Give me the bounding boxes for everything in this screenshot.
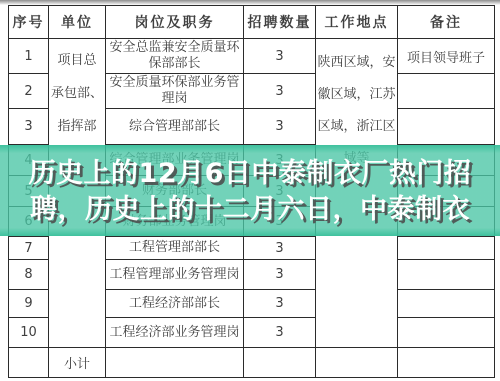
cell-no: 7	[9, 237, 49, 260]
cell-note	[398, 318, 495, 348]
cell-no: 10	[9, 318, 49, 348]
cell-position: 工程管理部业务管理岗	[106, 260, 244, 290]
cell-no: 8	[9, 260, 49, 290]
col-header-position: 岗位及职务	[106, 6, 244, 39]
subtotal-row: 小计	[9, 348, 495, 378]
header-row: 序号 单位 岗位及职务 招聘数量 工作地点 备注	[9, 6, 495, 39]
cell-count: 3	[244, 109, 316, 145]
caption-overlay-banner: 历史上的12月6日中泰制衣厂热门招 聘，历史上的十二月六日，中泰制衣	[0, 145, 500, 236]
col-header-count: 招聘数量	[244, 6, 316, 39]
cell-no	[9, 348, 49, 378]
cell-subtotal-label: 小计	[49, 348, 106, 378]
cell-location	[316, 348, 398, 378]
col-header-location: 工作地点	[316, 6, 398, 39]
col-header-note: 备注	[398, 6, 495, 39]
cell-count: 3	[244, 318, 316, 348]
cell-note	[398, 237, 495, 260]
cell-count: 3	[244, 290, 316, 318]
cell-position: 安全总监兼安全质量环保部部长	[106, 39, 244, 74]
cell-note	[398, 74, 495, 109]
cell-note: 项目领导班子	[398, 39, 495, 74]
caption-line-1: 历史上的12月6日中泰制衣厂热门招	[0, 156, 500, 192]
col-header-no: 序号	[9, 6, 49, 39]
cell-no: 3	[9, 109, 49, 145]
cell-position: 工程经济部业务管理岗	[106, 318, 244, 348]
cell-note	[398, 290, 495, 318]
col-header-unit: 单位	[49, 6, 106, 39]
cell-count: 3	[244, 39, 316, 74]
cell-count: 3	[244, 74, 316, 109]
cell-position: 工程经济部部长	[106, 290, 244, 318]
cell-no: 9	[9, 290, 49, 318]
cell-note	[398, 260, 495, 290]
cell-note	[398, 348, 495, 378]
cell-note	[398, 109, 495, 145]
cell-position: 工程管理部部长	[106, 237, 244, 260]
cell-position: 安全质量环保部业务管理岗	[106, 74, 244, 109]
cell-no: 1	[9, 39, 49, 74]
cell-position: 综合管理部部长	[106, 109, 244, 145]
caption-line-2: 聘，历史上的十二月六日，中泰制衣	[0, 192, 500, 228]
table-row: 1 项目总 承包部、 指挥部 安全总监兼安全质量环保部部长 3 陕西区域，安 徽…	[9, 39, 495, 74]
cell-count: 3	[244, 260, 316, 290]
cell-position	[106, 348, 244, 378]
cell-no: 2	[9, 74, 49, 109]
cell-count: 3	[244, 237, 316, 260]
cell-count	[244, 348, 316, 378]
